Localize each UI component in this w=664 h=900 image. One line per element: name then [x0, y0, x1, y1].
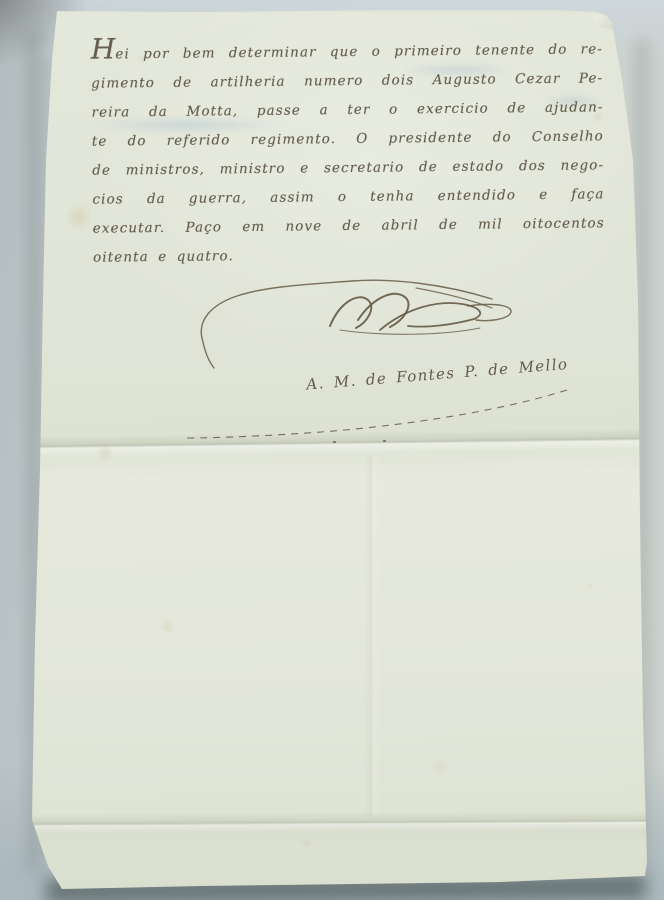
photo-scene: Hei por bem determinar que o primeiro te… [0, 0, 664, 900]
bottom-fold-panel [30, 824, 650, 886]
horizontal-fold-crease-lower [26, 810, 650, 833]
foxing-spot [160, 620, 174, 634]
document-paper: Hei por bem determinar que o primeiro te… [0, 0, 664, 900]
manuscript-line: oitenta e quatro. [93, 238, 605, 272]
foxing-spot [66, 204, 92, 230]
foxing-spot [96, 444, 114, 460]
countersignature-flourish [180, 384, 580, 442]
vertical-crease [364, 456, 380, 816]
manuscript-text-block: Hei por bem determinar que o primeiro te… [91, 35, 605, 272]
foxing-spot [586, 582, 594, 590]
foxing-spot [300, 838, 312, 848]
foxing-spot [430, 758, 450, 774]
